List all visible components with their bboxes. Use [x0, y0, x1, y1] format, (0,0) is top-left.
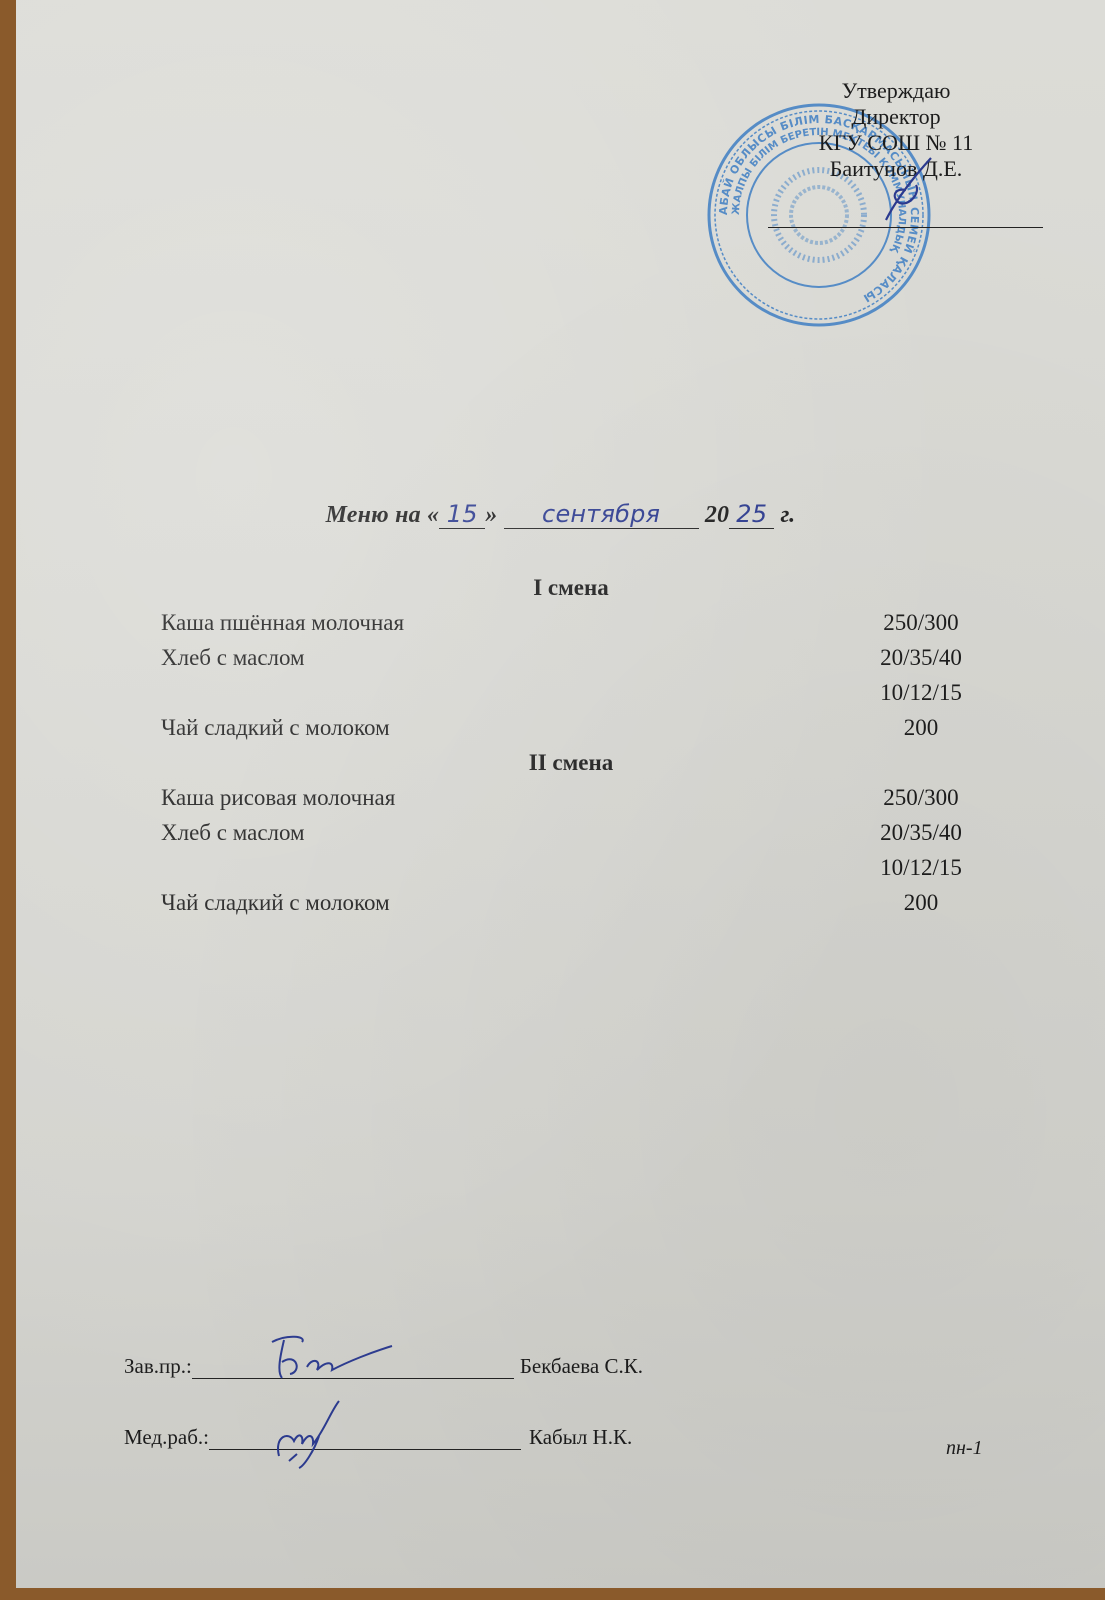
signature-line	[192, 1356, 514, 1379]
menu-item: Чай сладкий с молоком200	[161, 710, 981, 745]
signature-production-manager: Зав.пр.: Бекбаева С.К.	[124, 1354, 643, 1379]
document-page: АБАЙ ОБЛЫСЫ БІЛІМ БАСҚАРМАСЫНЫҢ СЕМЕЙ ҚА…	[16, 0, 1105, 1588]
signature-line	[209, 1427, 521, 1450]
menu-item: Каша рисовая молочная250/300	[161, 780, 981, 815]
menu-item: 10/12/15	[161, 850, 981, 885]
approval-position: Директор	[796, 104, 996, 130]
approval-heading: Утверждаю	[796, 78, 996, 104]
date-month: сентября	[504, 500, 699, 529]
director-signature	[876, 150, 946, 230]
menu-item: Хлеб с маслом20/35/40	[161, 640, 981, 675]
menu-item: 10/12/15	[161, 675, 981, 710]
shift-heading: I смена	[161, 570, 981, 605]
date-day: 15	[439, 500, 485, 529]
menu-item: Хлеб с маслом20/35/40	[161, 815, 981, 850]
handwritten-signature	[262, 1332, 402, 1382]
signature-medical-worker: Мед.раб.: Кабыл Н.К.	[124, 1425, 632, 1450]
shift-heading: II смена	[161, 745, 981, 780]
handwritten-signature	[269, 1396, 349, 1471]
date-year: 25	[729, 500, 774, 529]
document-code: пн-1	[946, 1437, 983, 1460]
menu-item: Чай сладкий с молоком200	[161, 885, 981, 920]
menu-item: Каша пшённая молочная250/300	[161, 605, 981, 640]
menu-list: I смена Каша пшённая молочная250/300 Хле…	[161, 570, 981, 920]
menu-title: Меню на «15» сентября 2025 г.	[16, 500, 1105, 529]
